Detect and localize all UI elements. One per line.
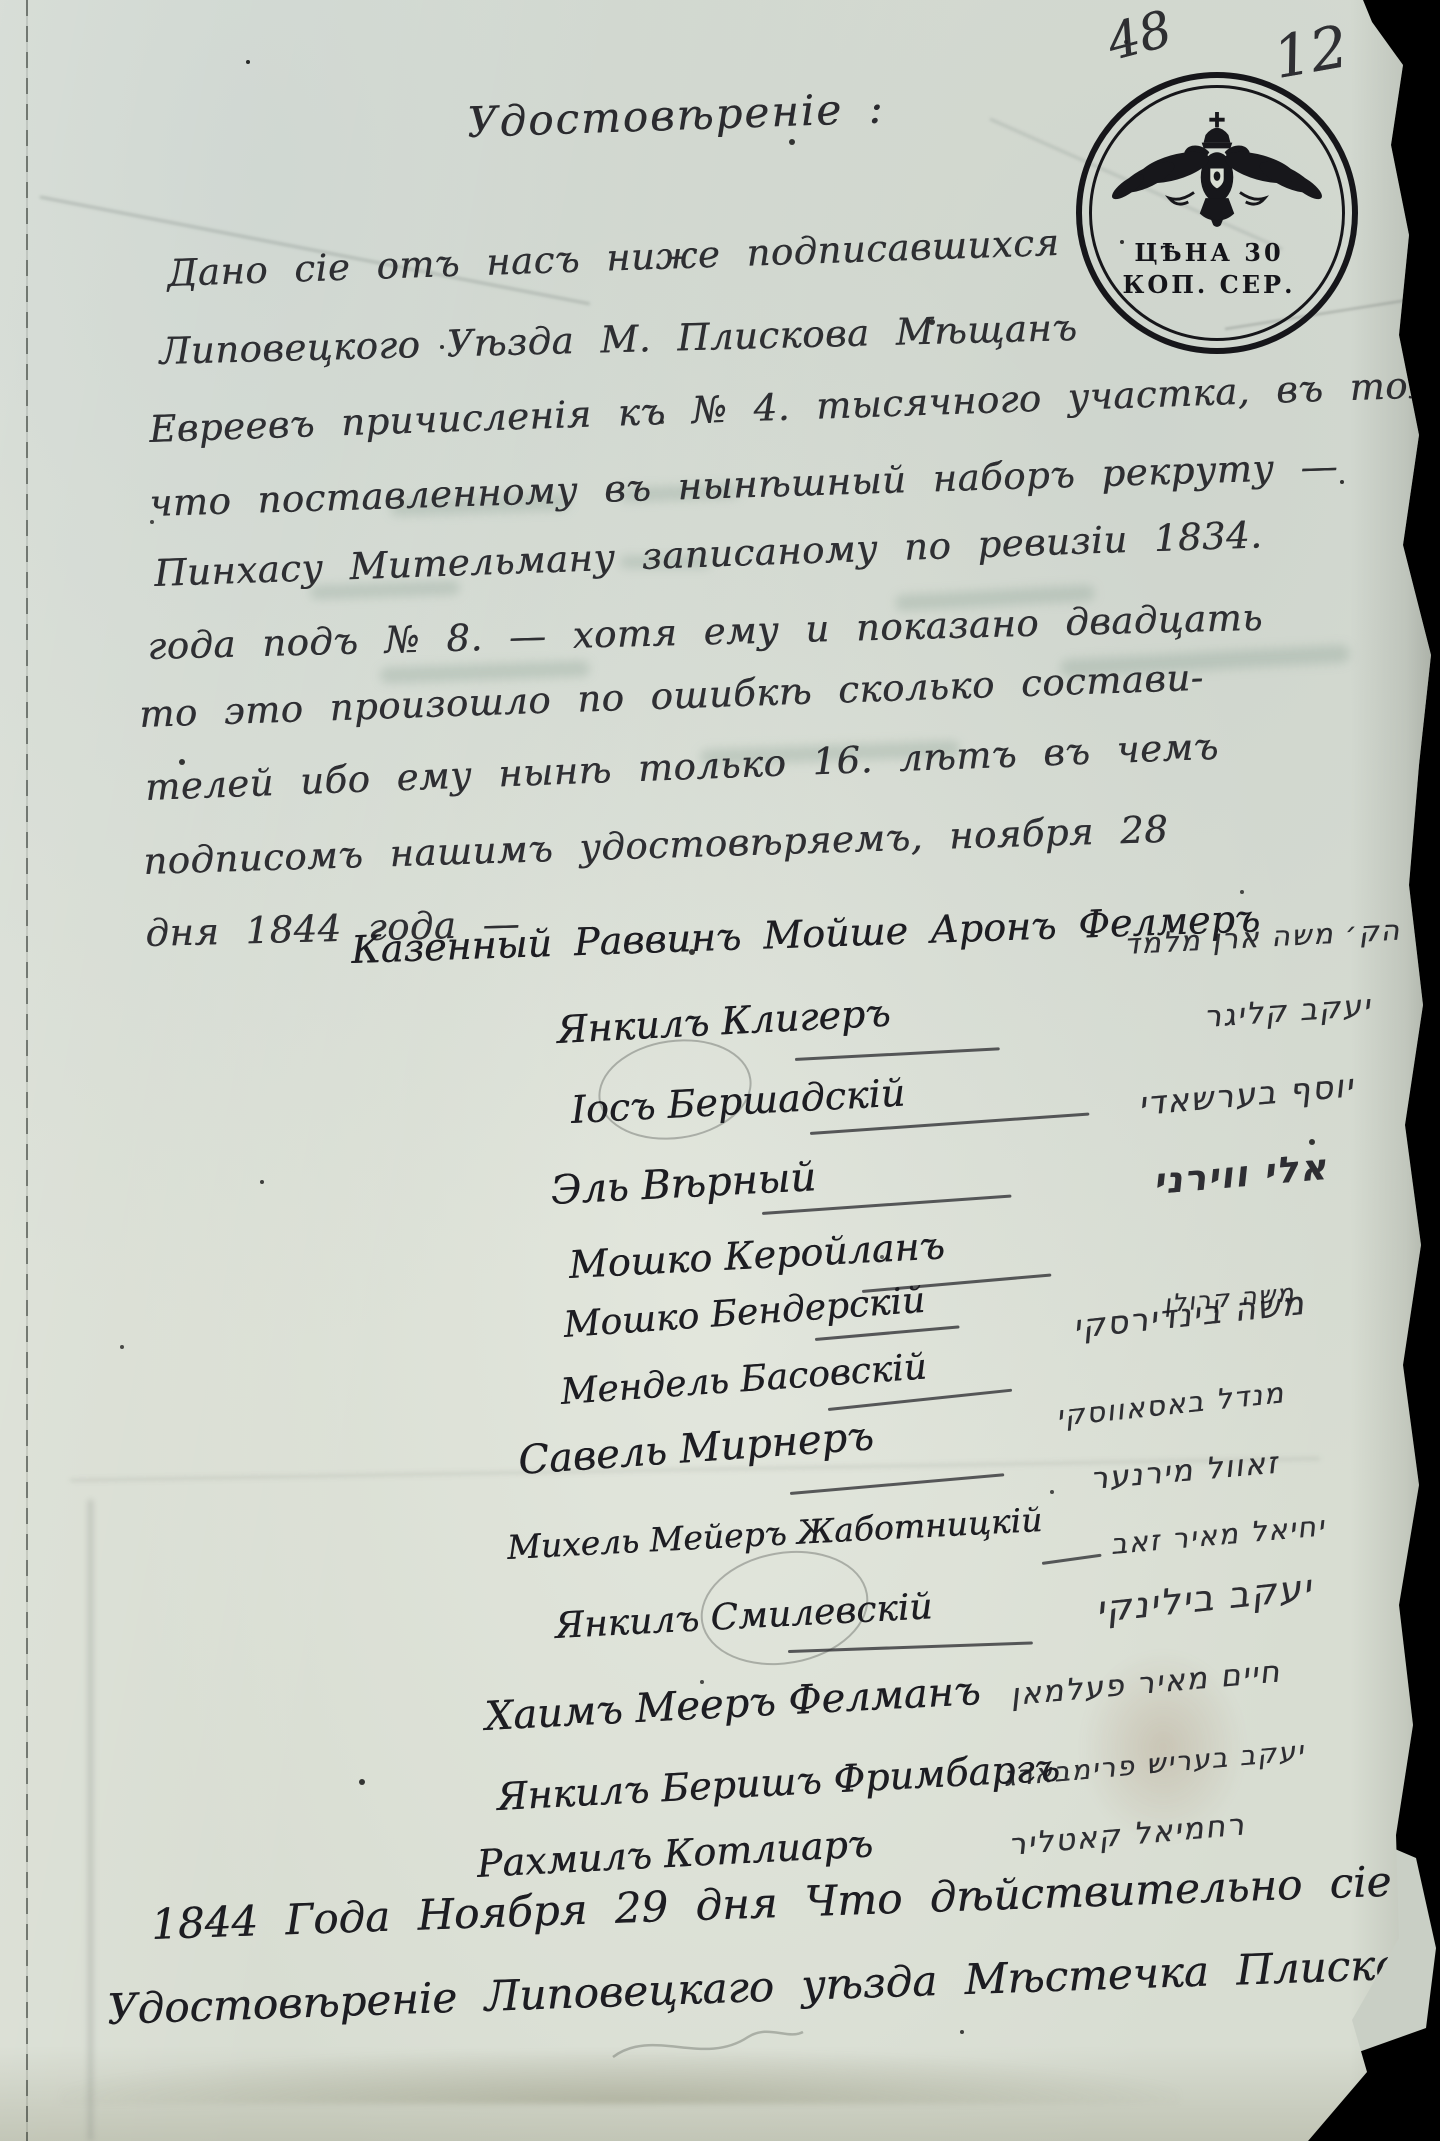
left-fold-crease-2 <box>88 1500 93 2141</box>
body-line: то это произошло по ошибкѣ сколько соста… <box>138 656 1204 736</box>
signature-name: Мошко Керойланъ <box>568 1223 946 1287</box>
body-line: телей ибо ему нынѣ только 16. лѣтъ въ че… <box>144 725 1219 809</box>
signature-hebrew: יוסף בערשאדי <box>1137 1066 1356 1123</box>
imperial-eagle-icon <box>1101 112 1333 246</box>
signature-name: Янкилъ Беришъ Фримбаргъ <box>496 1746 1061 1819</box>
revenue-stamp: ЦѢНА 30 КОП. СЕР. <box>1076 72 1358 354</box>
page-number: 12 <box>1268 12 1352 92</box>
pencil-squiggle <box>608 2022 808 2072</box>
stamp-price-line1: ЦѢНА 30 <box>1074 238 1344 267</box>
paper-page: 48 12 <box>0 0 1440 2141</box>
document-title: Удостовѣреніе : <box>466 83 885 147</box>
closing-line: Удостовѣреніе Липовецкаго уѣзда Мѣстечка… <box>106 1938 1440 2034</box>
body-line: Дано сіе отъ насъ ниже подписавшихся <box>166 221 1060 295</box>
body-line: Липовецкого Уѣзда М. Плискова Мѣщанъ <box>159 306 1078 373</box>
left-fold-crease <box>26 0 28 2141</box>
body-line: что поставленному въ нынѣшный наборъ рек… <box>149 445 1339 525</box>
stamp-price-line2: КОП. СЕР. <box>1074 270 1344 299</box>
paper-specks <box>246 60 250 64</box>
signature-name: Эль Вѣрный <box>550 1154 818 1214</box>
document-scan: 48 12 <box>0 0 1440 2141</box>
signature-hebrew: מנדל באסאווסקי <box>1055 1376 1287 1433</box>
signature-flourish-dash <box>815 1325 960 1341</box>
signature-name: Янкилъ Клигеръ <box>556 991 892 1052</box>
signature-flourish-dash <box>795 1047 1000 1061</box>
signature-hebrew: זאוול מירנער <box>1089 1446 1280 1497</box>
body-line: Пинхасу Мительману записаному по ревизіи… <box>153 513 1262 595</box>
signature-name: Мошко Бендерскій <box>562 1280 926 1346</box>
signature-hebrew: יחיאל מאיר זאב <box>1109 1509 1327 1561</box>
signature-flourish-dash <box>790 1473 1004 1495</box>
signature-name: Хаимъ Мееръ Фелманъ <box>484 1668 982 1740</box>
signature-hebrew: אלי ווירני <box>1151 1147 1329 1203</box>
body-line: подписомъ нашимъ удостовѣряемъ, ноября 2… <box>143 808 1169 883</box>
signature-hebrew: יעקב קליגר <box>1203 988 1373 1035</box>
signature-flourish-dash <box>1042 1554 1102 1565</box>
signature-name: Савель Мирнеръ <box>517 1413 875 1484</box>
body-line: Евреевъ причисленія къ № 4. тысячного уч… <box>148 362 1440 451</box>
sheet-number: 48 <box>1101 0 1177 72</box>
